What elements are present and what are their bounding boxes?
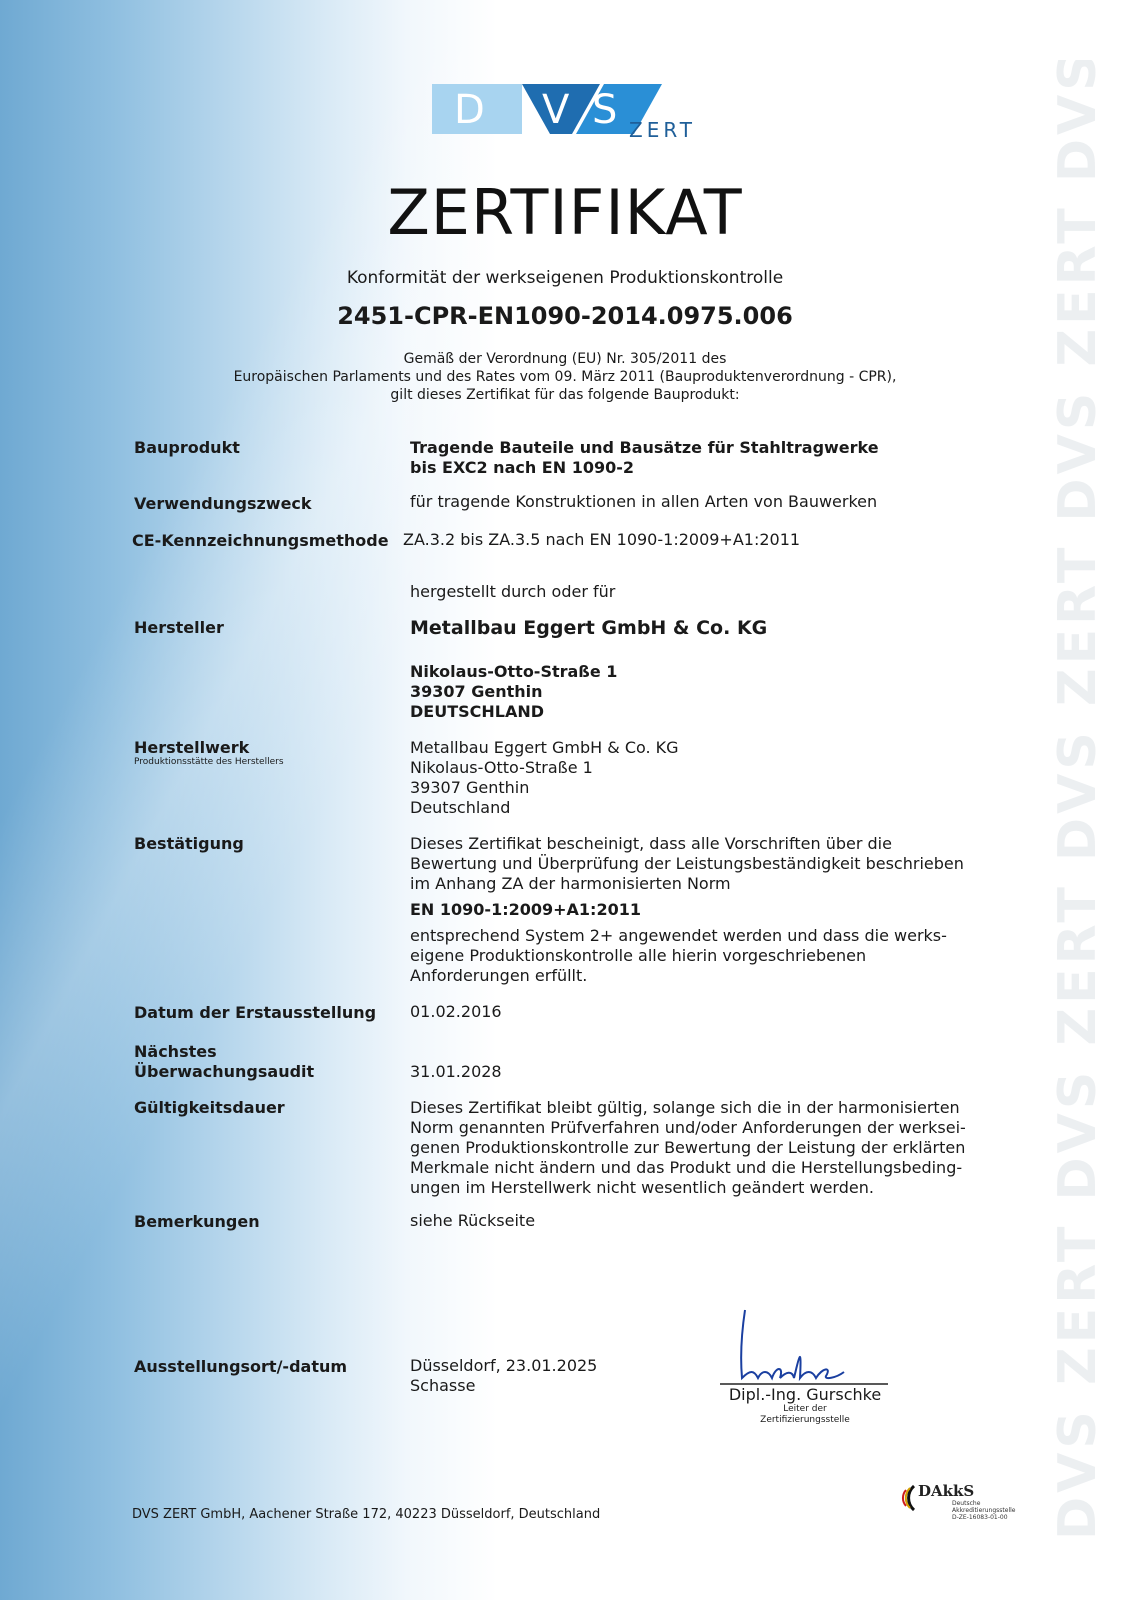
dvs-zert-logo: D V S ZERT [432, 76, 732, 146]
certificate-number: 2451-CPR-EN1090-2014.0975.006 [0, 302, 1130, 330]
signature [720, 1300, 890, 1388]
label-bauprodukt: Bauprodukt [134, 438, 240, 457]
label-audit: Nächstes Überwachungsaudit [134, 1042, 314, 1082]
signer-name: Dipl.-Ing. Gurschke [700, 1385, 910, 1404]
signer-role: Leiter der Zertifizierungsstelle [700, 1404, 910, 1426]
value-audit: 31.01.2028 [410, 1062, 502, 1082]
dakks-subtitle: Deutsche Akkreditierungsstelle D-ZE-1608… [952, 1500, 1015, 1521]
value-erstausstellung: 01.02.2016 [410, 1002, 502, 1022]
label-hersteller: Hersteller [134, 618, 224, 637]
page-title: ZERTIFIKAT [0, 176, 1130, 249]
value-verwendungszweck: für tragende Konstruktionen in allen Art… [410, 492, 877, 512]
label-ce: CE-Kennzeichnungsmethode [132, 531, 389, 550]
value-bemerkungen: siehe Rückseite [410, 1211, 535, 1231]
logo-letter-d: D [454, 87, 485, 133]
logo-letter-v: V [542, 87, 570, 133]
label-herstellwerk: Herstellwerk Produktionsstätte des Herst… [134, 738, 284, 768]
dakks-name: DAkkS [918, 1482, 974, 1500]
value-ausstellung: Düsseldorf, 23.01.2025 Schasse [410, 1356, 597, 1396]
logo-suffix: ZERT [629, 118, 696, 142]
norm: EN 1090-1:2009+A1:2011 [410, 900, 964, 920]
value-bestaetigung: Dieses Zertifikat bescheinigt, dass alle… [410, 834, 964, 986]
value-ce: ZA.3.2 bis ZA.3.5 nach EN 1090-1:2009+A1… [403, 530, 800, 550]
hergestellt-text: hergestellt durch oder für [410, 582, 615, 602]
subtitle: Konformität der werkseigenen Produktions… [0, 268, 1130, 288]
label-bemerkungen: Bemerkungen [134, 1212, 260, 1231]
value-bauprodukt: Tragende Bauteile und Bausätze für Stahl… [410, 438, 879, 478]
footer-address: DVS ZERT GmbH, Aachener Straße 172, 4022… [132, 1507, 600, 1522]
label-gueltigkeit: Gültigkeitsdauer [134, 1098, 285, 1117]
value-herstellwerk: Metallbau Eggert GmbH & Co. KG Nikolaus-… [410, 738, 679, 818]
label-erstausstellung: Datum der Erstausstellung [134, 1003, 376, 1022]
intro-text: Gemäß der Verordnung (EU) Nr. 305/2011 d… [0, 350, 1130, 404]
value-gueltigkeit: Dieses Zertifikat bleibt gültig, solange… [410, 1098, 966, 1198]
label-bestaetigung: Bestätigung [134, 834, 244, 853]
label-ausstellung: Ausstellungsort/-datum [134, 1357, 347, 1376]
label-verwendungszweck: Verwendungszweck [134, 494, 312, 513]
logo-letter-s: S [592, 87, 617, 133]
manufacturer-name: Metallbau Eggert GmbH & Co. KG [410, 618, 767, 638]
manufacturer-address: Nikolaus-Otto-Straße 1 39307 Genthin DEU… [410, 662, 617, 722]
